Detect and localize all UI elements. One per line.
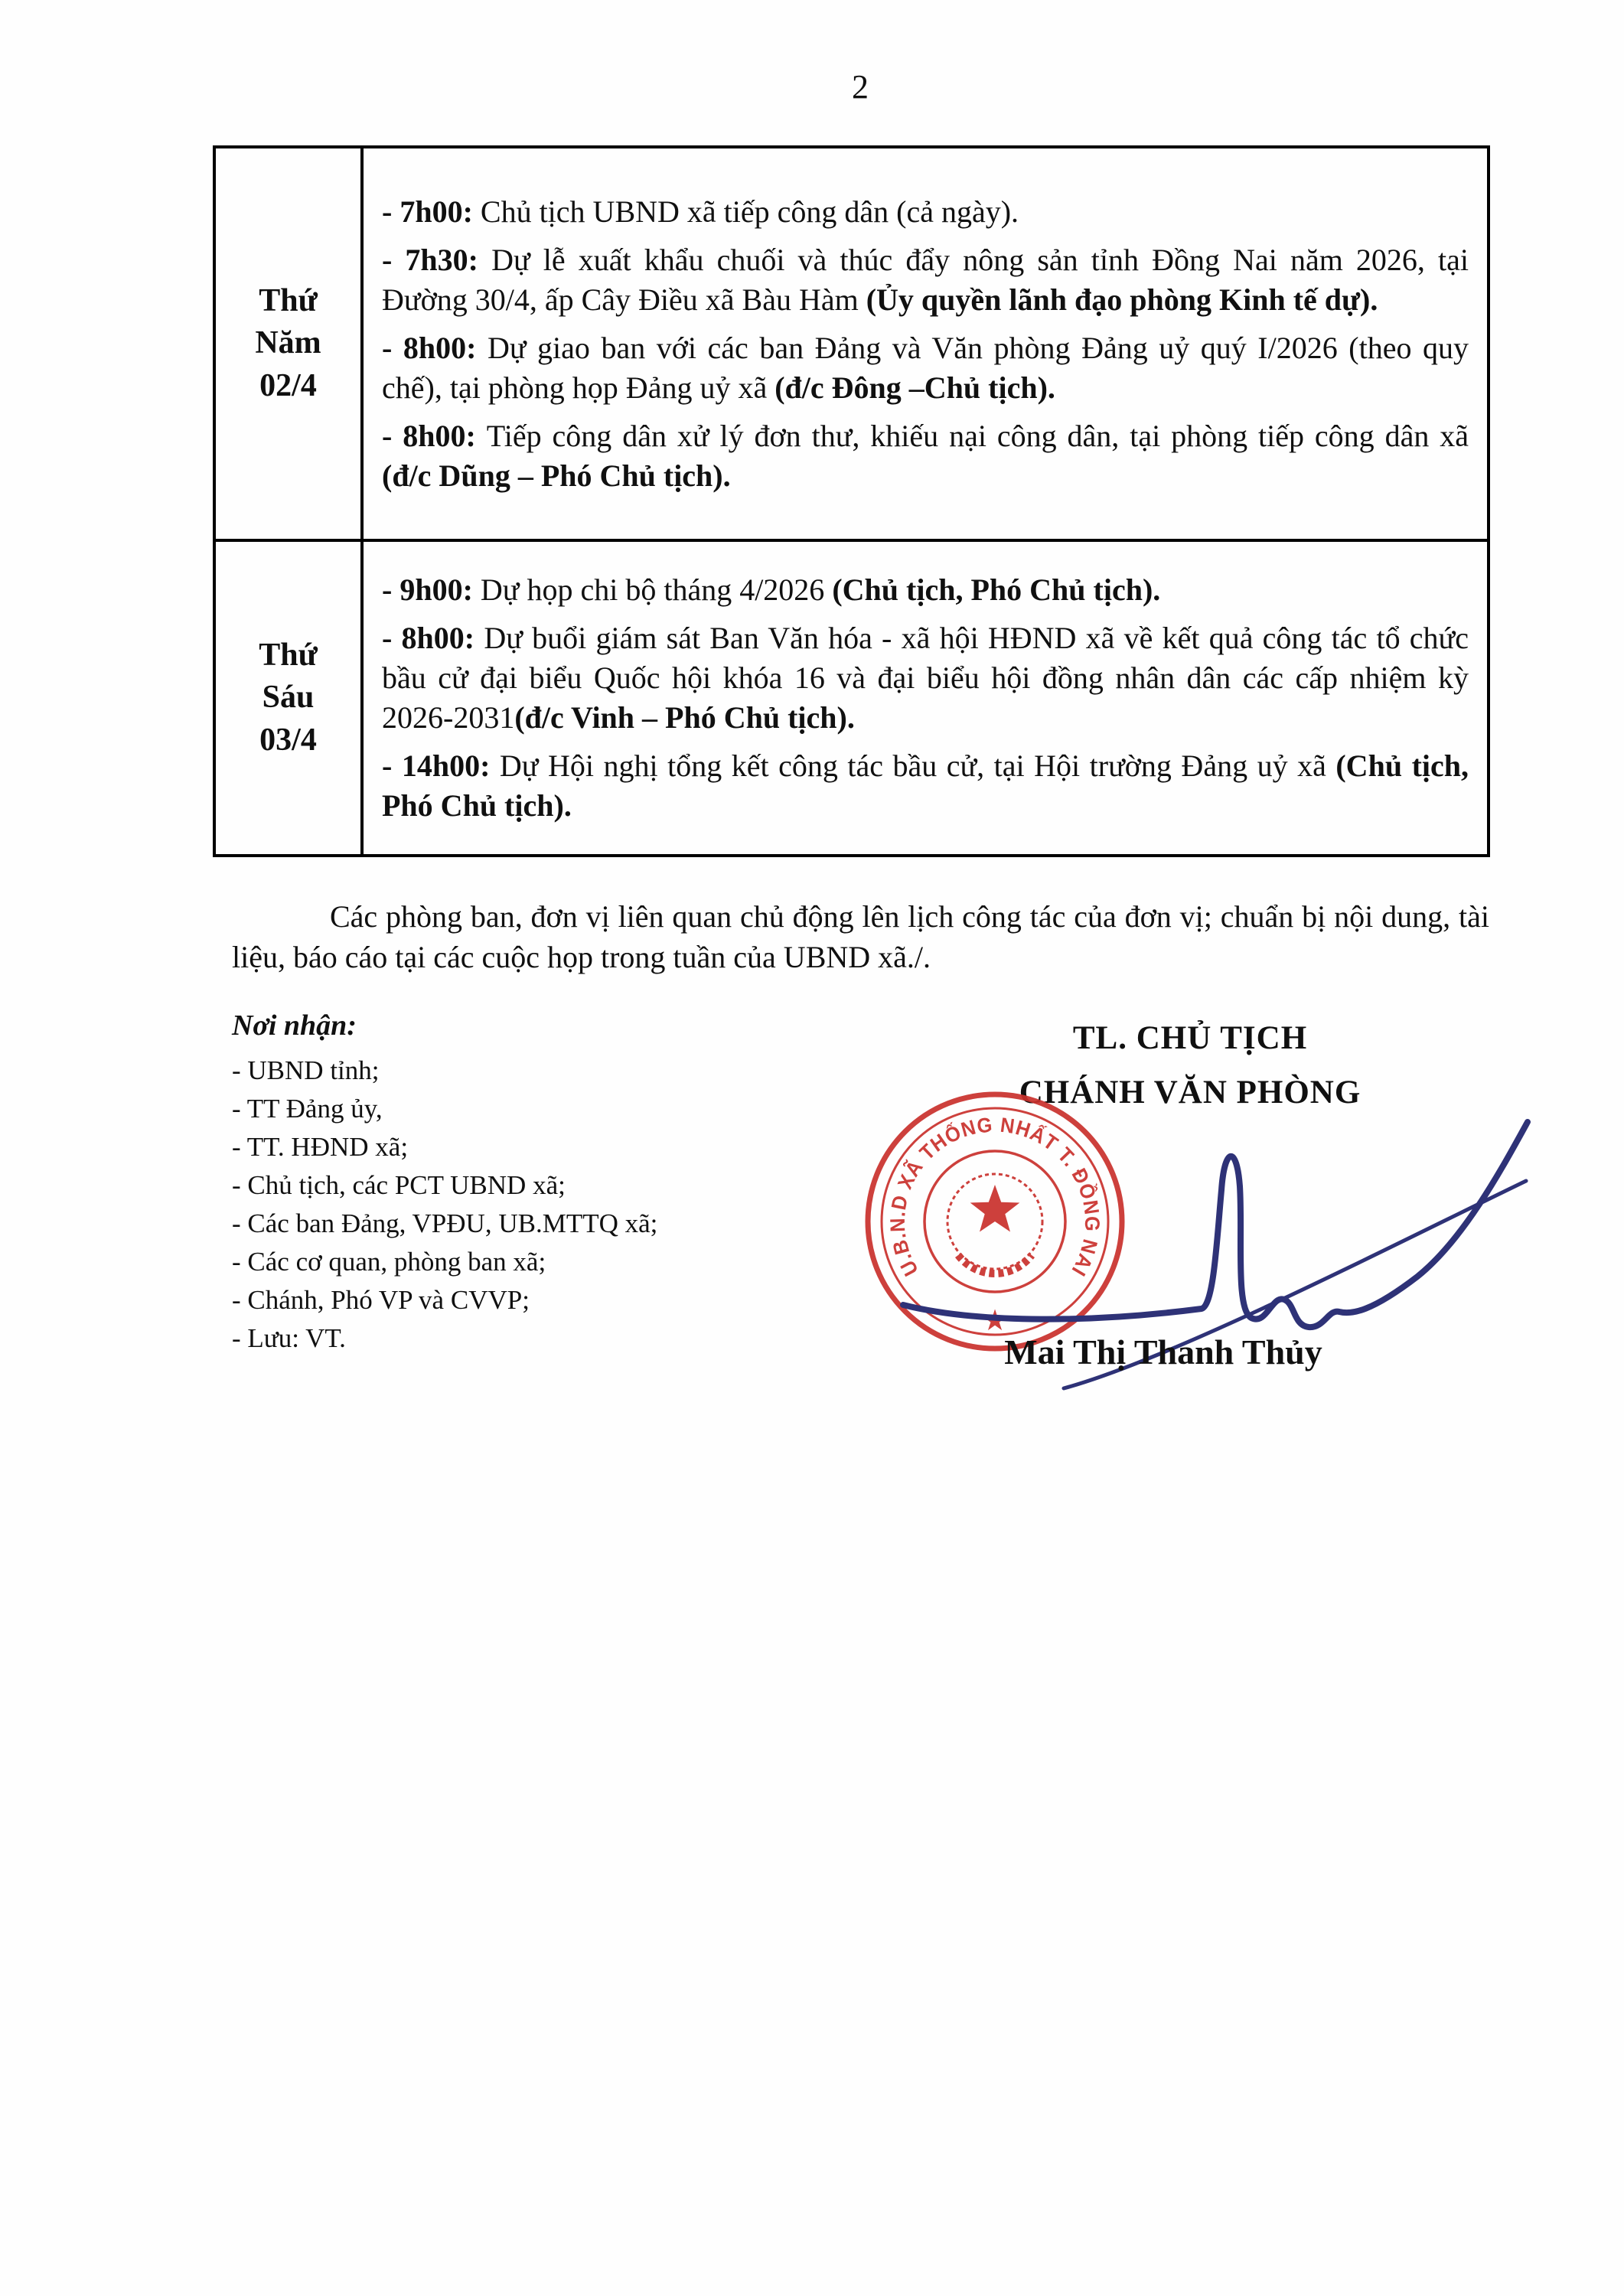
day-cell: ThứNăm02/4	[214, 147, 362, 540]
entry-bold-text: - 8h00:	[382, 331, 488, 365]
entry-bold-text: (Chủ tịch, Phó Chủ tịch).	[832, 572, 1160, 607]
entry-text: Tiếp công dân xử lý đơn thư, khiếu nại c…	[487, 419, 1469, 453]
day-line: Thứ	[220, 280, 356, 322]
schedule-row: ThứNăm02/4- 7h00: Chủ tịch UBND xã tiếp …	[214, 147, 1489, 540]
schedule-table: ThứNăm02/4- 7h00: Chủ tịch UBND xã tiếp …	[213, 145, 1490, 857]
entry-bold-text: - 9h00:	[382, 572, 481, 607]
signatory-name: Mai Thị Thanh Thủy	[964, 1332, 1362, 1372]
page-number: 2	[232, 67, 1489, 106]
entry-bold-text: - 7h00:	[382, 194, 481, 229]
recipients-title: Nơi nhận:	[232, 1009, 768, 1042]
recipient-item: - Chánh, Phó VP và CVVP;	[232, 1281, 768, 1319]
entry-bold-text: - 7h30:	[382, 243, 491, 277]
day-cell: ThứSáu03/4	[214, 540, 362, 856]
entry-bold-text: (Ủy quyền lãnh đạo phòng Kinh tế dự).	[866, 282, 1378, 317]
recipient-item: - TT Đảng ủy,	[232, 1090, 768, 1128]
schedule-entry: - 7h00: Chủ tịch UBND xã tiếp công dân (…	[382, 192, 1469, 232]
day-line: 03/4	[220, 719, 356, 762]
recipient-item: - Các ban Đảng, VPĐU, UB.MTTQ xã;	[232, 1205, 768, 1243]
document-page: 2 ThứNăm02/4- 7h00: Chủ tịch UBND xã tiế…	[0, 0, 1624, 2296]
entry-bold-text: (đ/c Vinh – Phó Chủ tịch).	[514, 700, 855, 735]
recipient-item: - TT. HĐND xã;	[232, 1128, 768, 1166]
schedule-entry: - 14h00: Dự Hội nghị tổng kết công tác b…	[382, 746, 1469, 826]
signature-title-line1: TL. CHỦ TỊCH	[880, 1019, 1500, 1057]
recipient-item: - Chủ tịch, các PCT UBND xã;	[232, 1166, 768, 1205]
schedule-entry: - 9h00: Dự họp chi bộ tháng 4/2026 (Chủ …	[382, 570, 1469, 610]
events-cell: - 9h00: Dự họp chi bộ tháng 4/2026 (Chủ …	[362, 540, 1489, 856]
entry-bold-text: (đ/c Dũng – Phó Chủ tịch).	[382, 458, 731, 493]
day-line: 02/4	[220, 365, 356, 407]
events-cell: - 7h00: Chủ tịch UBND xã tiếp công dân (…	[362, 147, 1489, 540]
recipient-item: - UBND tỉnh;	[232, 1052, 768, 1090]
schedule-table-body: ThứNăm02/4- 7h00: Chủ tịch UBND xã tiếp …	[214, 147, 1489, 856]
recipient-item: - Các cơ quan, phòng ban xã;	[232, 1243, 768, 1281]
entry-text: Chủ tịch UBND xã tiếp công dân (cả ngày)…	[481, 194, 1019, 229]
entry-text: Dự Hội nghị tổng kết công tác bầu cử, tạ…	[500, 748, 1335, 783]
recipients-block: Nơi nhận: - UBND tỉnh;- TT Đảng ủy,- TT.…	[232, 1009, 768, 1358]
day-line: Sáu	[220, 677, 356, 719]
entry-bold-text: (đ/c Đông –Chủ tịch).	[774, 370, 1055, 405]
recipient-item: - Lưu: VT.	[232, 1319, 768, 1358]
schedule-entry: - 8h00: Dự giao ban với các ban Đảng và …	[382, 328, 1469, 408]
day-line: Thứ	[220, 634, 356, 677]
entry-bold-text: - 14h00:	[382, 748, 500, 783]
entry-text: Dự họp chi bộ tháng 4/2026	[481, 572, 832, 607]
entry-bold-text: - 8h00:	[382, 621, 484, 655]
schedule-entry: - 7h30: Dự lễ xuất khẩu chuối và thúc đẩ…	[382, 240, 1469, 320]
entry-bold-text: - 8h00:	[382, 419, 487, 453]
recipients-list: - UBND tỉnh;- TT Đảng ủy,- TT. HĐND xã;-…	[232, 1052, 768, 1358]
schedule-entry: - 8h00: Tiếp công dân xử lý đơn thư, khi…	[382, 416, 1469, 496]
schedule-entry: - 8h00: Dự buổi giám sát Ban Văn hóa - x…	[382, 618, 1469, 738]
day-line: Năm	[220, 322, 356, 364]
schedule-row: ThứSáu03/4- 9h00: Dự họp chi bộ tháng 4/…	[214, 540, 1489, 856]
closing-paragraph: Các phòng ban, đơn vị liên quan chủ động…	[232, 897, 1489, 978]
